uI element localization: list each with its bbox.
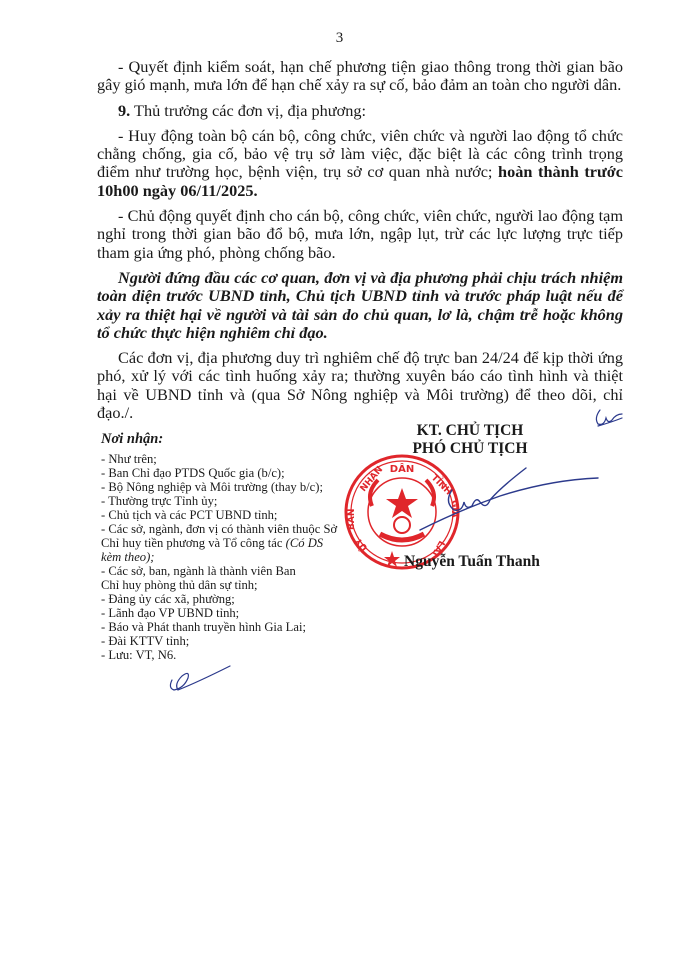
- paragraph-duty: Các đơn vị, địa phương duy trì nghiêm ch…: [97, 349, 623, 422]
- paragraph-responsibility: Người đứng đầu các cơ quan, đơn vị và đị…: [97, 269, 623, 342]
- section-number: 9.: [118, 101, 130, 120]
- official-seal-icon: DÂN NHÂN TỈNH BAN GIA LAI ỦY: [346, 456, 459, 568]
- signature-icon: [420, 468, 598, 530]
- recipient-item: - Thường trực Tỉnh ủy;: [101, 494, 341, 508]
- svg-text:TỈNH: TỈNH: [429, 472, 455, 498]
- recipient-item: - Đảng ủy các xã, phường;: [101, 592, 341, 606]
- svg-text:BAN: BAN: [347, 509, 357, 530]
- signature-line-1: KT. CHỦ TỊCH: [380, 422, 560, 440]
- recipient-item: - Lãnh đạo VP UBND tỉnh;: [101, 606, 341, 620]
- recipient-item: - Báo và Phát thanh truyền hình Gia Lai;: [101, 620, 341, 634]
- paragraph-leave: - Chủ động quyết định cho cán bộ, công c…: [97, 207, 623, 262]
- recipient-item: - Ban Chỉ đạo PTDS Quốc gia (b/c);: [101, 466, 341, 480]
- recipients-list: Nơi nhận: - Như trên; - Ban Chỉ đạo PTDS…: [101, 432, 341, 662]
- recipient-item: - Các sở, ban, ngành là thành viên Ban C…: [101, 564, 316, 592]
- page-number: 3: [0, 30, 679, 47]
- recipient-item: - Đài KTTV tỉnh;: [101, 634, 341, 648]
- document-body: - Quyết định kiểm soát, hạn chế phương t…: [97, 58, 623, 429]
- signer-name: Nguyễn Tuấn Thanh: [404, 553, 540, 571]
- recipient-item: - Chủ tịch và các PCT UBND tỉnh;: [101, 508, 341, 522]
- paragraph-mobilize-staff: - Huy động toàn bộ cán bộ, công chức, vi…: [97, 127, 623, 200]
- recipient-item: - Như trên;: [101, 452, 341, 466]
- svg-text:ỦY: ỦY: [351, 535, 370, 554]
- recipient-item: - Bộ Nông nghiệp và Môi trường (thay b/c…: [101, 480, 341, 494]
- section-9-heading: 9. Thủ trưởng các đơn vị, địa phương:: [97, 102, 623, 120]
- signature-line-2: PHÓ CHỦ TỊCH: [380, 440, 560, 458]
- recipient-item: - Các sở, ngành, đơn vị có thành viên th…: [101, 522, 341, 564]
- signature-title: KT. CHỦ TỊCH PHÓ CHỦ TỊCH: [380, 422, 560, 458]
- recipients-heading: Nơi nhận:: [101, 432, 341, 446]
- recipient-item: - Lưu: VT, N6.: [101, 648, 341, 662]
- paragraph-traffic-control: - Quyết định kiểm soát, hạn chế phương t…: [97, 58, 623, 95]
- svg-text:DÂN: DÂN: [390, 462, 414, 475]
- svg-text:NHÂN: NHÂN: [357, 464, 385, 494]
- section-title: Thủ trưởng các đơn vị, địa phương:: [130, 101, 366, 120]
- svg-text:GIA: GIA: [449, 500, 459, 518]
